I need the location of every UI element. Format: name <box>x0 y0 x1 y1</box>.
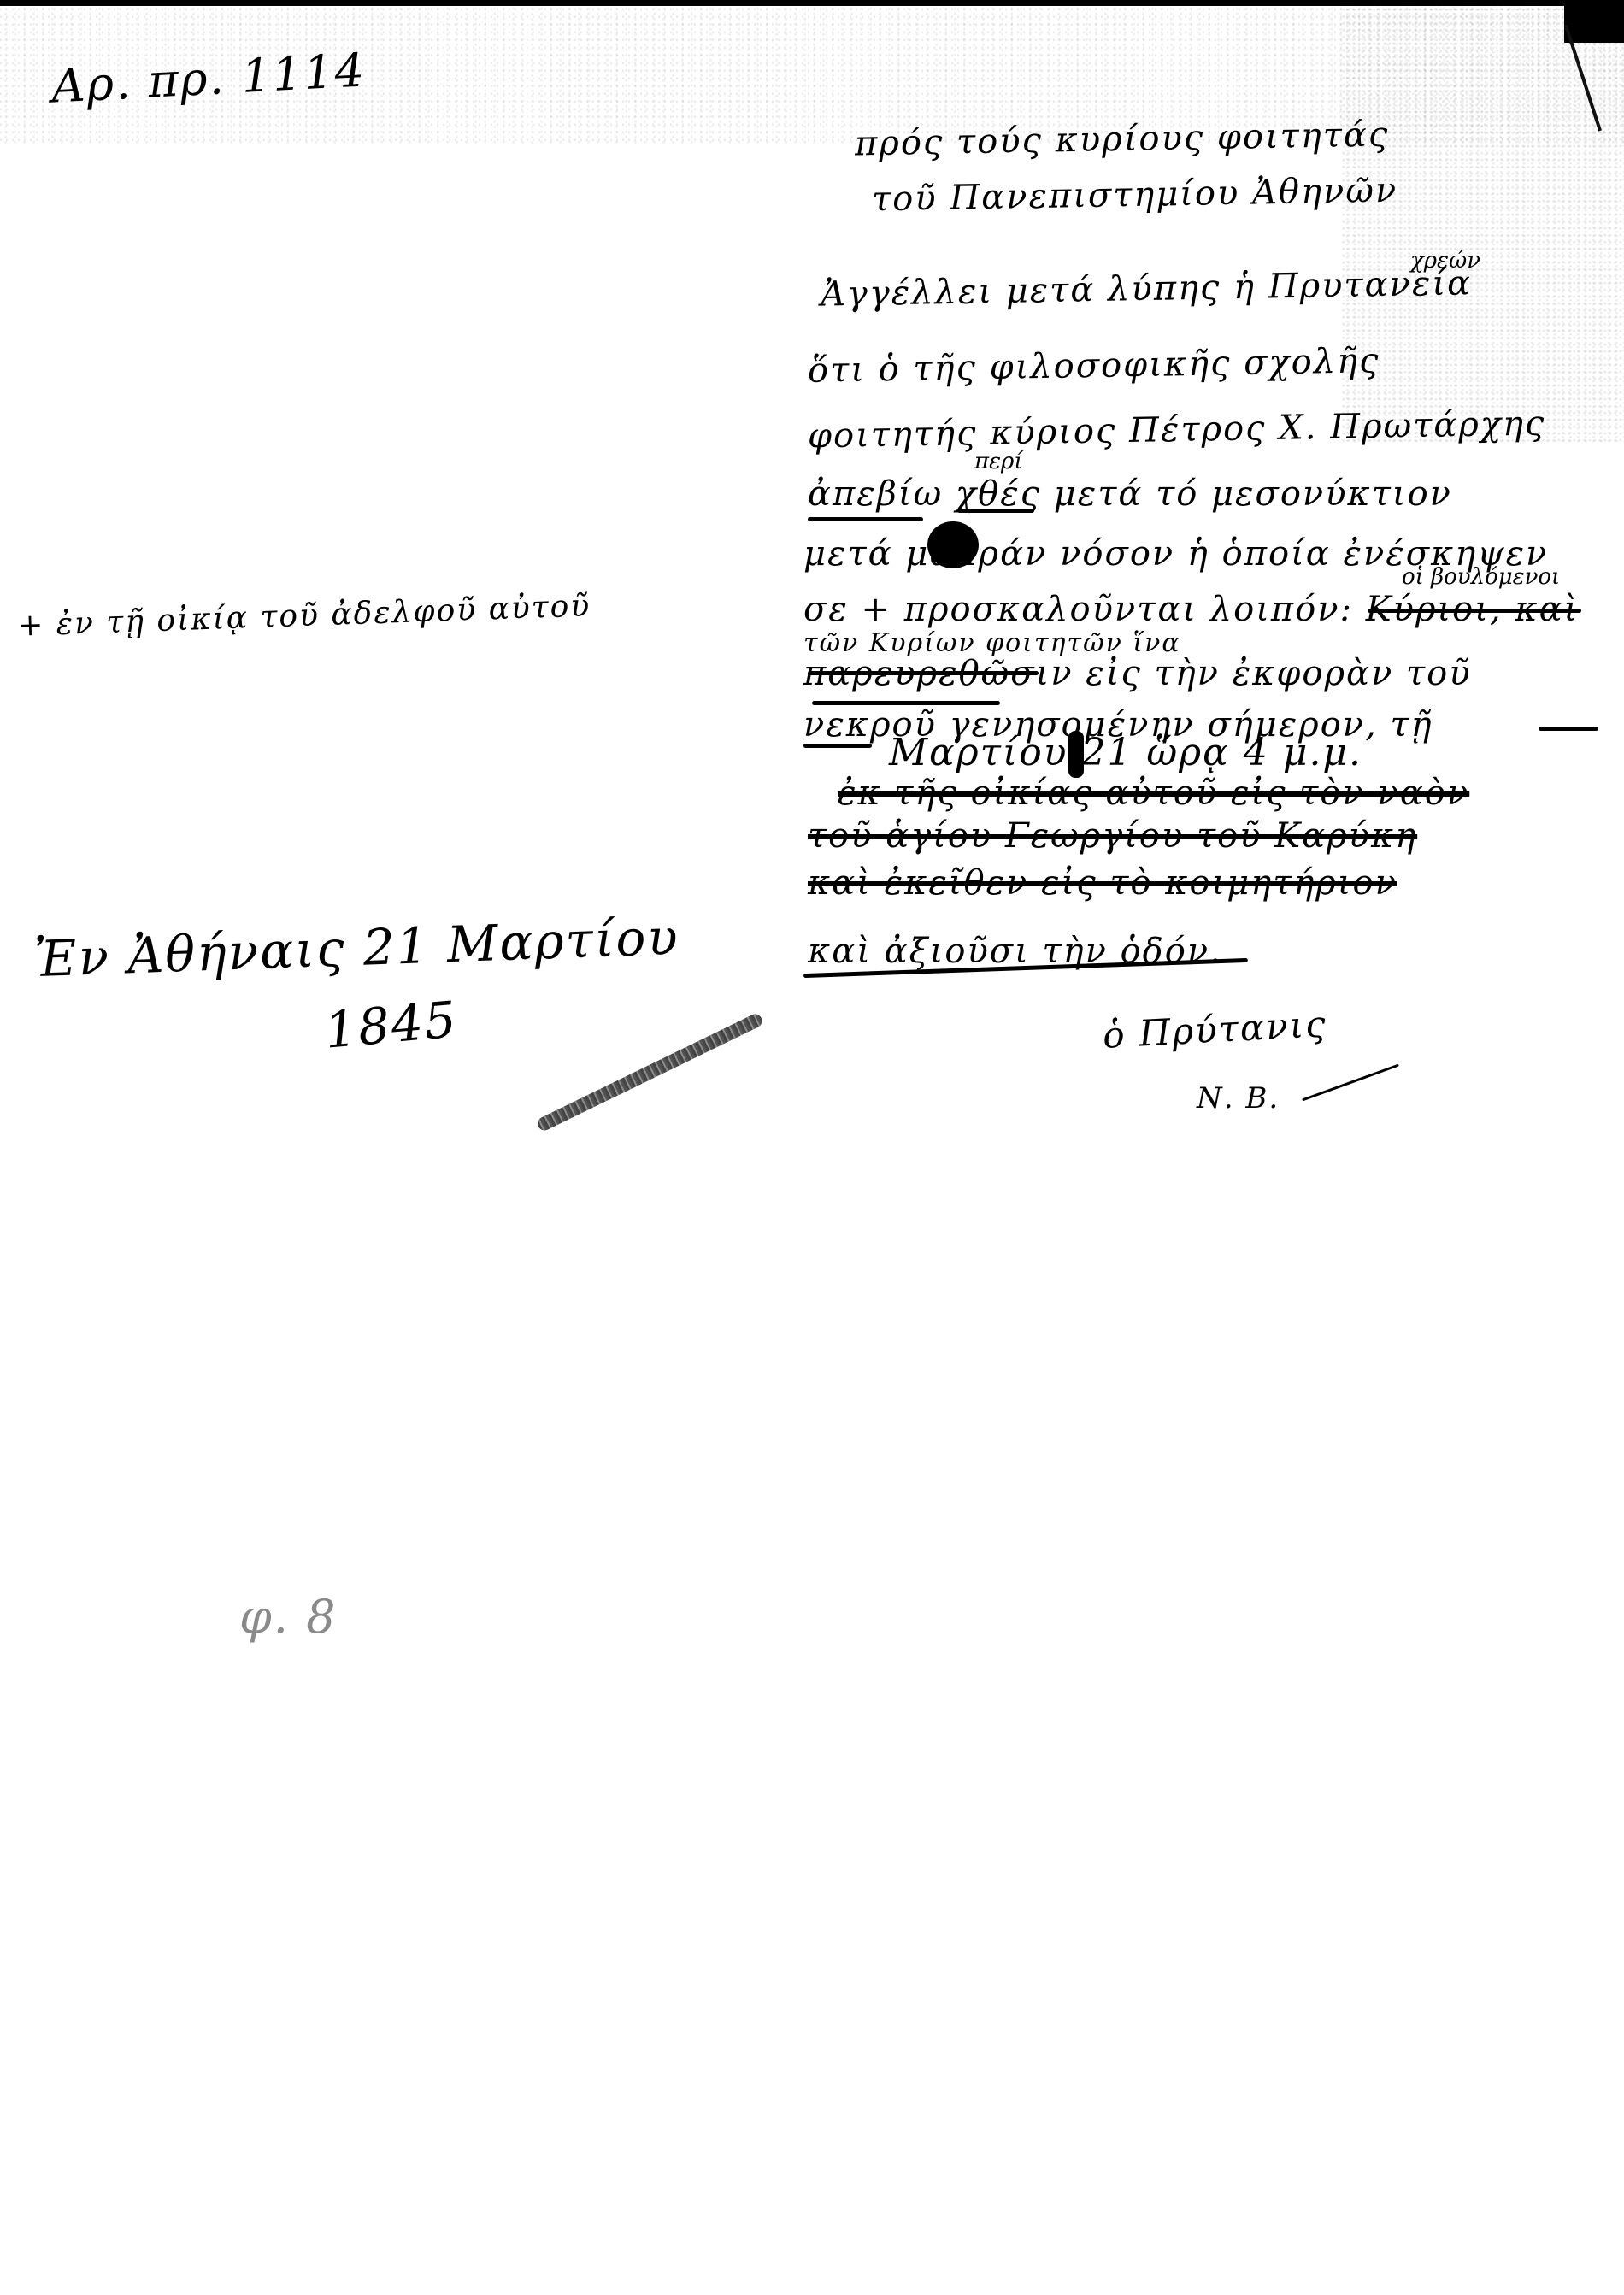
signature: ὁ Πρύτανις <box>1102 1003 1328 1056</box>
body-line: Μαρτίου 21 ὥρᾳ 4 μ.μ. <box>889 731 1362 774</box>
interlinear-insertion: οἱ βουλόμενοι <box>1402 564 1560 590</box>
strike-mark <box>808 671 1039 675</box>
archive-mark: φ. 8 <box>239 1590 338 1644</box>
struck-line: καὶ ἐκεῖθεν εἰς τὸ κοιμητήριον <box>808 863 1397 903</box>
scanned-page: Αρ. πρ. 1114 πρός τούς κυρίους φοιτητάς … <box>0 0 1624 2295</box>
body-line: ἀπεβίω χθές μετά τό μεσονύκτιον <box>808 474 1452 514</box>
ink-smudge <box>535 1012 764 1133</box>
struck-line: ἐκ τῆς οἰκίας αὐτοῦ εἰς τὸν ναὸν <box>838 774 1469 813</box>
ink-blot <box>927 521 979 568</box>
address-line: πρός τούς κυρίους φοιτητάς <box>855 115 1390 164</box>
ink-blot <box>1068 731 1084 778</box>
strike-mark <box>1539 727 1598 731</box>
scan-noise <box>1342 0 1624 444</box>
body-line: φοιτητής κύριος Πέτρος Χ. Πρωτάρχης <box>808 403 1546 456</box>
place-date: Ἐν Ἀθήναις 21 Μαρτίου <box>33 908 680 988</box>
struck-line: τοῦ ἁγίου Γεωργίου τοῦ Καρύκη <box>808 816 1417 856</box>
strike-mark <box>1368 609 1581 613</box>
strike-mark <box>808 517 923 521</box>
scan-corner <box>1564 0 1624 43</box>
date-year: 1845 <box>322 990 460 1059</box>
signature-flourish <box>1302 1064 1399 1102</box>
strike-mark <box>803 744 872 748</box>
address-line: τοῦ Πανεπιστημίου Ἀθηνῶν <box>872 171 1398 220</box>
signature-initials: Ν. Β. <box>1197 1081 1280 1115</box>
body-line: ὅτι ὁ τῆς φιλοσοφικῆς σχολῆς <box>808 341 1380 391</box>
margin-note: + ἐν τῇ οἰκίᾳ τοῦ ἀδελφοῦ αὐτοῦ <box>16 588 591 643</box>
interlinear-insertion: περί <box>974 449 1023 474</box>
strike-mark <box>957 509 1034 513</box>
